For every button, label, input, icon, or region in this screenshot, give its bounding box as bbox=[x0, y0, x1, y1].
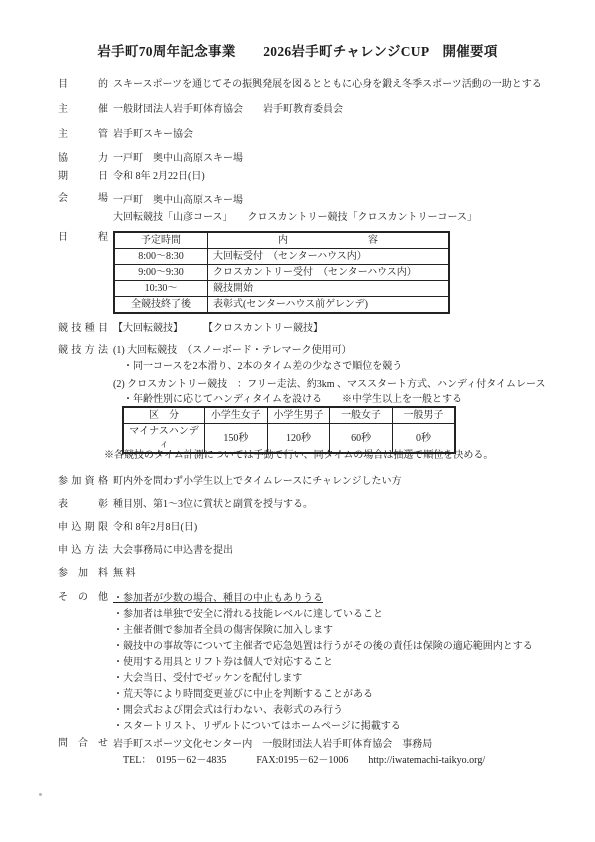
table-row: 8:00～8:30 大回転受付 （センターハウス内） bbox=[114, 249, 449, 265]
method-line1-sub: ・同一コースを2本滑り、2本のタイム差の少なさで順位を競う bbox=[123, 360, 402, 374]
handicap-header-men: 一般男子 bbox=[392, 407, 455, 424]
section-awards: 表彰 種目別、第1～3位に賞状と副賞を授与する。 bbox=[58, 498, 565, 512]
schedule-header-time: 予定時間 bbox=[114, 232, 208, 249]
section-label-fee: 参加料 bbox=[58, 567, 108, 581]
venue-text: 一戸町 奥中山高原スキー場 大回転競技「山彦コース」 クロスカントリー競技「クロ… bbox=[113, 192, 565, 226]
application-text: 大会事務局に申込書を提出 bbox=[113, 544, 565, 558]
section-cooperation: 協力 一戸町 奥中山高原スキー場 bbox=[58, 152, 565, 166]
event-date-text: 令和 8年 2月22日(日) bbox=[113, 170, 565, 184]
venue-line2: 大回転競技「山彦コース」 クロスカントリー競技「クロスカントリーコース」 bbox=[113, 209, 565, 226]
awards-text: 種目別、第1～3位に賞状と副賞を授与する。 bbox=[113, 498, 565, 512]
section-label-method: 競技方法 bbox=[58, 344, 108, 358]
table-row: 10:30～ 競技開始 bbox=[114, 281, 449, 297]
management-text: 岩手町スキー協会 bbox=[113, 128, 565, 142]
other-item: ・荒天等により時間変更並びに中止を判断することがある bbox=[113, 687, 565, 703]
section-organizer: 主催 一般財団法人岩手町体育協会 岩手町教育委員会 bbox=[58, 103, 565, 117]
schedule-content-cell: クロスカントリー受付 （センターハウス内） bbox=[208, 265, 450, 281]
section-label-eligibility: 参加資格 bbox=[58, 475, 108, 489]
cooperation-text: 一戸町 奥中山高原スキー場 bbox=[113, 152, 565, 166]
section-label-schedule: 日程 bbox=[58, 231, 108, 245]
other-item: ・スタートリスト、リザルトについてはホームページに掲載する bbox=[113, 719, 565, 735]
section-label-contact: 問合せ bbox=[58, 737, 108, 751]
schedule-table: 予定時間 内 容 8:00～8:30 大回転受付 （センターハウス内） 9:00… bbox=[113, 231, 450, 314]
section-application: 申込方法 大会事務局に申込書を提出 bbox=[58, 544, 565, 558]
fee-text: 無 料 bbox=[113, 567, 565, 581]
schedule-header-content: 内 容 bbox=[208, 232, 450, 249]
section-label-cooperation: 協力 bbox=[58, 152, 108, 166]
section-event-date: 期日 令和 8年 2月22日(日) bbox=[58, 170, 565, 184]
section-deadline: 申込期限 令和 8年2月8日(日) bbox=[58, 521, 565, 535]
handicap-header-boys: 小学生男子 bbox=[267, 407, 330, 424]
schedule-content-cell: 表彰式(センターハウス前ゲレンデ) bbox=[208, 297, 450, 314]
section-schedule: 日程 予定時間 内 容 8:00～8:30 大回転受付 （センターハウス内） 9… bbox=[58, 231, 565, 314]
section-label-management: 主管 bbox=[58, 128, 108, 142]
other-item: ・開会式および閉会式は行わない、表彰式のみ行う bbox=[113, 703, 565, 719]
section-fee: 参加料 無 料 bbox=[58, 567, 565, 581]
section-label-deadline: 申込期限 bbox=[58, 521, 108, 535]
table-row: 全競技終了後 表彰式(センターハウス前ゲレンデ) bbox=[114, 297, 449, 314]
section-events: 競技種目 【大回転競技】 【クロスカントリー競技】 bbox=[58, 322, 565, 336]
method-note: ※各競技のタイム計測については手動で行い、同タイムの場合は抽選で順位を決める。 bbox=[104, 449, 493, 463]
section-label-application: 申込方法 bbox=[58, 544, 108, 558]
handicap-header-girls: 小学生女子 bbox=[205, 407, 268, 424]
other-item: ・参加者は単独で安全に滑れる技能レベルに達していること bbox=[113, 607, 565, 623]
deadline-text: 令和 8年2月8日(日) bbox=[113, 521, 565, 535]
handicap-header-row: 区 分 小学生女子 小学生男子 一般女子 一般男子 bbox=[123, 407, 455, 424]
organizer-text: 一般財団法人岩手町体育協会 岩手町教育委員会 bbox=[113, 103, 565, 117]
section-label-other: その他 bbox=[58, 591, 108, 605]
handicap-table: 区 分 小学生女子 小学生男子 一般女子 一般男子 マイナスハンディ 150秒 … bbox=[122, 406, 456, 454]
section-label-venue: 会場 bbox=[58, 192, 108, 206]
handicap-header-category: 区 分 bbox=[123, 407, 205, 424]
schedule-time-cell: 9:00～9:30 bbox=[114, 265, 208, 281]
eligibility-text: 町内外を問わず小学生以上でタイムレースにチャレンジしたい方 bbox=[113, 475, 565, 489]
events-text: 【大回転競技】 【クロスカントリー競技】 bbox=[113, 322, 565, 336]
schedule-time-cell: 10:30～ bbox=[114, 281, 208, 297]
stray-mark bbox=[39, 793, 42, 796]
venue-line1: 一戸町 奥中山高原スキー場 bbox=[113, 192, 565, 209]
document-page: 岩手町70周年記念事業 2026岩手町チャレンジCUP 開催要項 目的 スキース… bbox=[0, 0, 595, 842]
contact-line2: TEL： 0195－62－4835 FAX:0195－62－1006 http:… bbox=[123, 753, 565, 769]
section-management: 主管 岩手町スキー協会 bbox=[58, 128, 565, 142]
section-label-awards: 表彰 bbox=[58, 498, 108, 512]
other-item: ・使用する用具とリフト券は個人で対応すること bbox=[113, 655, 565, 671]
method-line1: (1) 大回転競技 （スノーボード・テレマーク使用可） bbox=[113, 344, 565, 358]
schedule-header-row: 予定時間 内 容 bbox=[114, 232, 449, 249]
section-label-events: 競技種目 bbox=[58, 322, 108, 336]
document-title: 岩手町70周年記念事業 2026岩手町チャレンジCUP 開催要項 bbox=[0, 40, 595, 60]
section-purpose: 目的 スキースポーツを通じてその振興発展を図るとともに心身を鍛え冬季スポーツ活動… bbox=[58, 78, 565, 92]
other-item: ・大会当日、受付でゼッケンを配付します bbox=[113, 671, 565, 687]
contact-info: 岩手町スポーツ文化センター内 一般財団法人岩手町体育協会 事務局 TEL： 01… bbox=[113, 737, 565, 769]
schedule-content-cell: 競技開始 bbox=[208, 281, 450, 297]
schedule-time-cell: 全競技終了後 bbox=[114, 297, 208, 314]
section-method: 競技方法 (1) 大回転競技 （スノーボード・テレマーク使用可） bbox=[58, 344, 565, 358]
schedule-time-cell: 8:00～8:30 bbox=[114, 249, 208, 265]
section-contact: 問合せ 岩手町スポーツ文化センター内 一般財団法人岩手町体育協会 事務局 TEL… bbox=[58, 737, 565, 769]
contact-line1: 岩手町スポーツ文化センター内 一般財団法人岩手町体育協会 事務局 bbox=[113, 737, 565, 753]
section-label-event-date: 期日 bbox=[58, 170, 108, 184]
section-eligibility: 参加資格 町内外を問わず小学生以上でタイムレースにチャレンジしたい方 bbox=[58, 475, 565, 489]
section-label-organizer: 主催 bbox=[58, 103, 108, 117]
other-item: ・競技中の事故等について主催者で応急処置は行うがその後の責任は保険の適応範囲内と… bbox=[113, 639, 565, 655]
method-line2: (2) クロスカントリー競技 ：フリー走法、約3km 、マススタート方式、ハンデ… bbox=[113, 378, 546, 392]
section-other: その他 ・参加者が少数の場合、種目の中止もありうる ・参加者は単独で安全に滑れる… bbox=[58, 591, 565, 735]
handicap-header-women: 一般女子 bbox=[330, 407, 393, 424]
purpose-text: スキースポーツを通じてその振興発展を図るとともに心身を鍛え冬季スポーツ活動の一助… bbox=[113, 78, 565, 92]
section-venue: 会場 一戸町 奥中山高原スキー場 大回転競技「山彦コース」 クロスカントリー競技… bbox=[58, 192, 565, 226]
schedule-content-cell: 大回転受付 （センターハウス内） bbox=[208, 249, 450, 265]
section-label-purpose: 目的 bbox=[58, 78, 108, 92]
other-item: ・主催者側で参加者全員の傷害保険に加入します bbox=[113, 623, 565, 639]
table-row: 9:00～9:30 クロスカントリー受付 （センターハウス内） bbox=[114, 265, 449, 281]
other-item: ・参加者が少数の場合、種目の中止もありうる bbox=[113, 591, 565, 607]
method-line2-sub: ・年齢性別に応じてハンディタイムを設ける ※中学生以上を一般とする bbox=[123, 393, 462, 407]
other-items: ・参加者が少数の場合、種目の中止もありうる ・参加者は単独で安全に滑れる技能レベ… bbox=[113, 591, 565, 735]
